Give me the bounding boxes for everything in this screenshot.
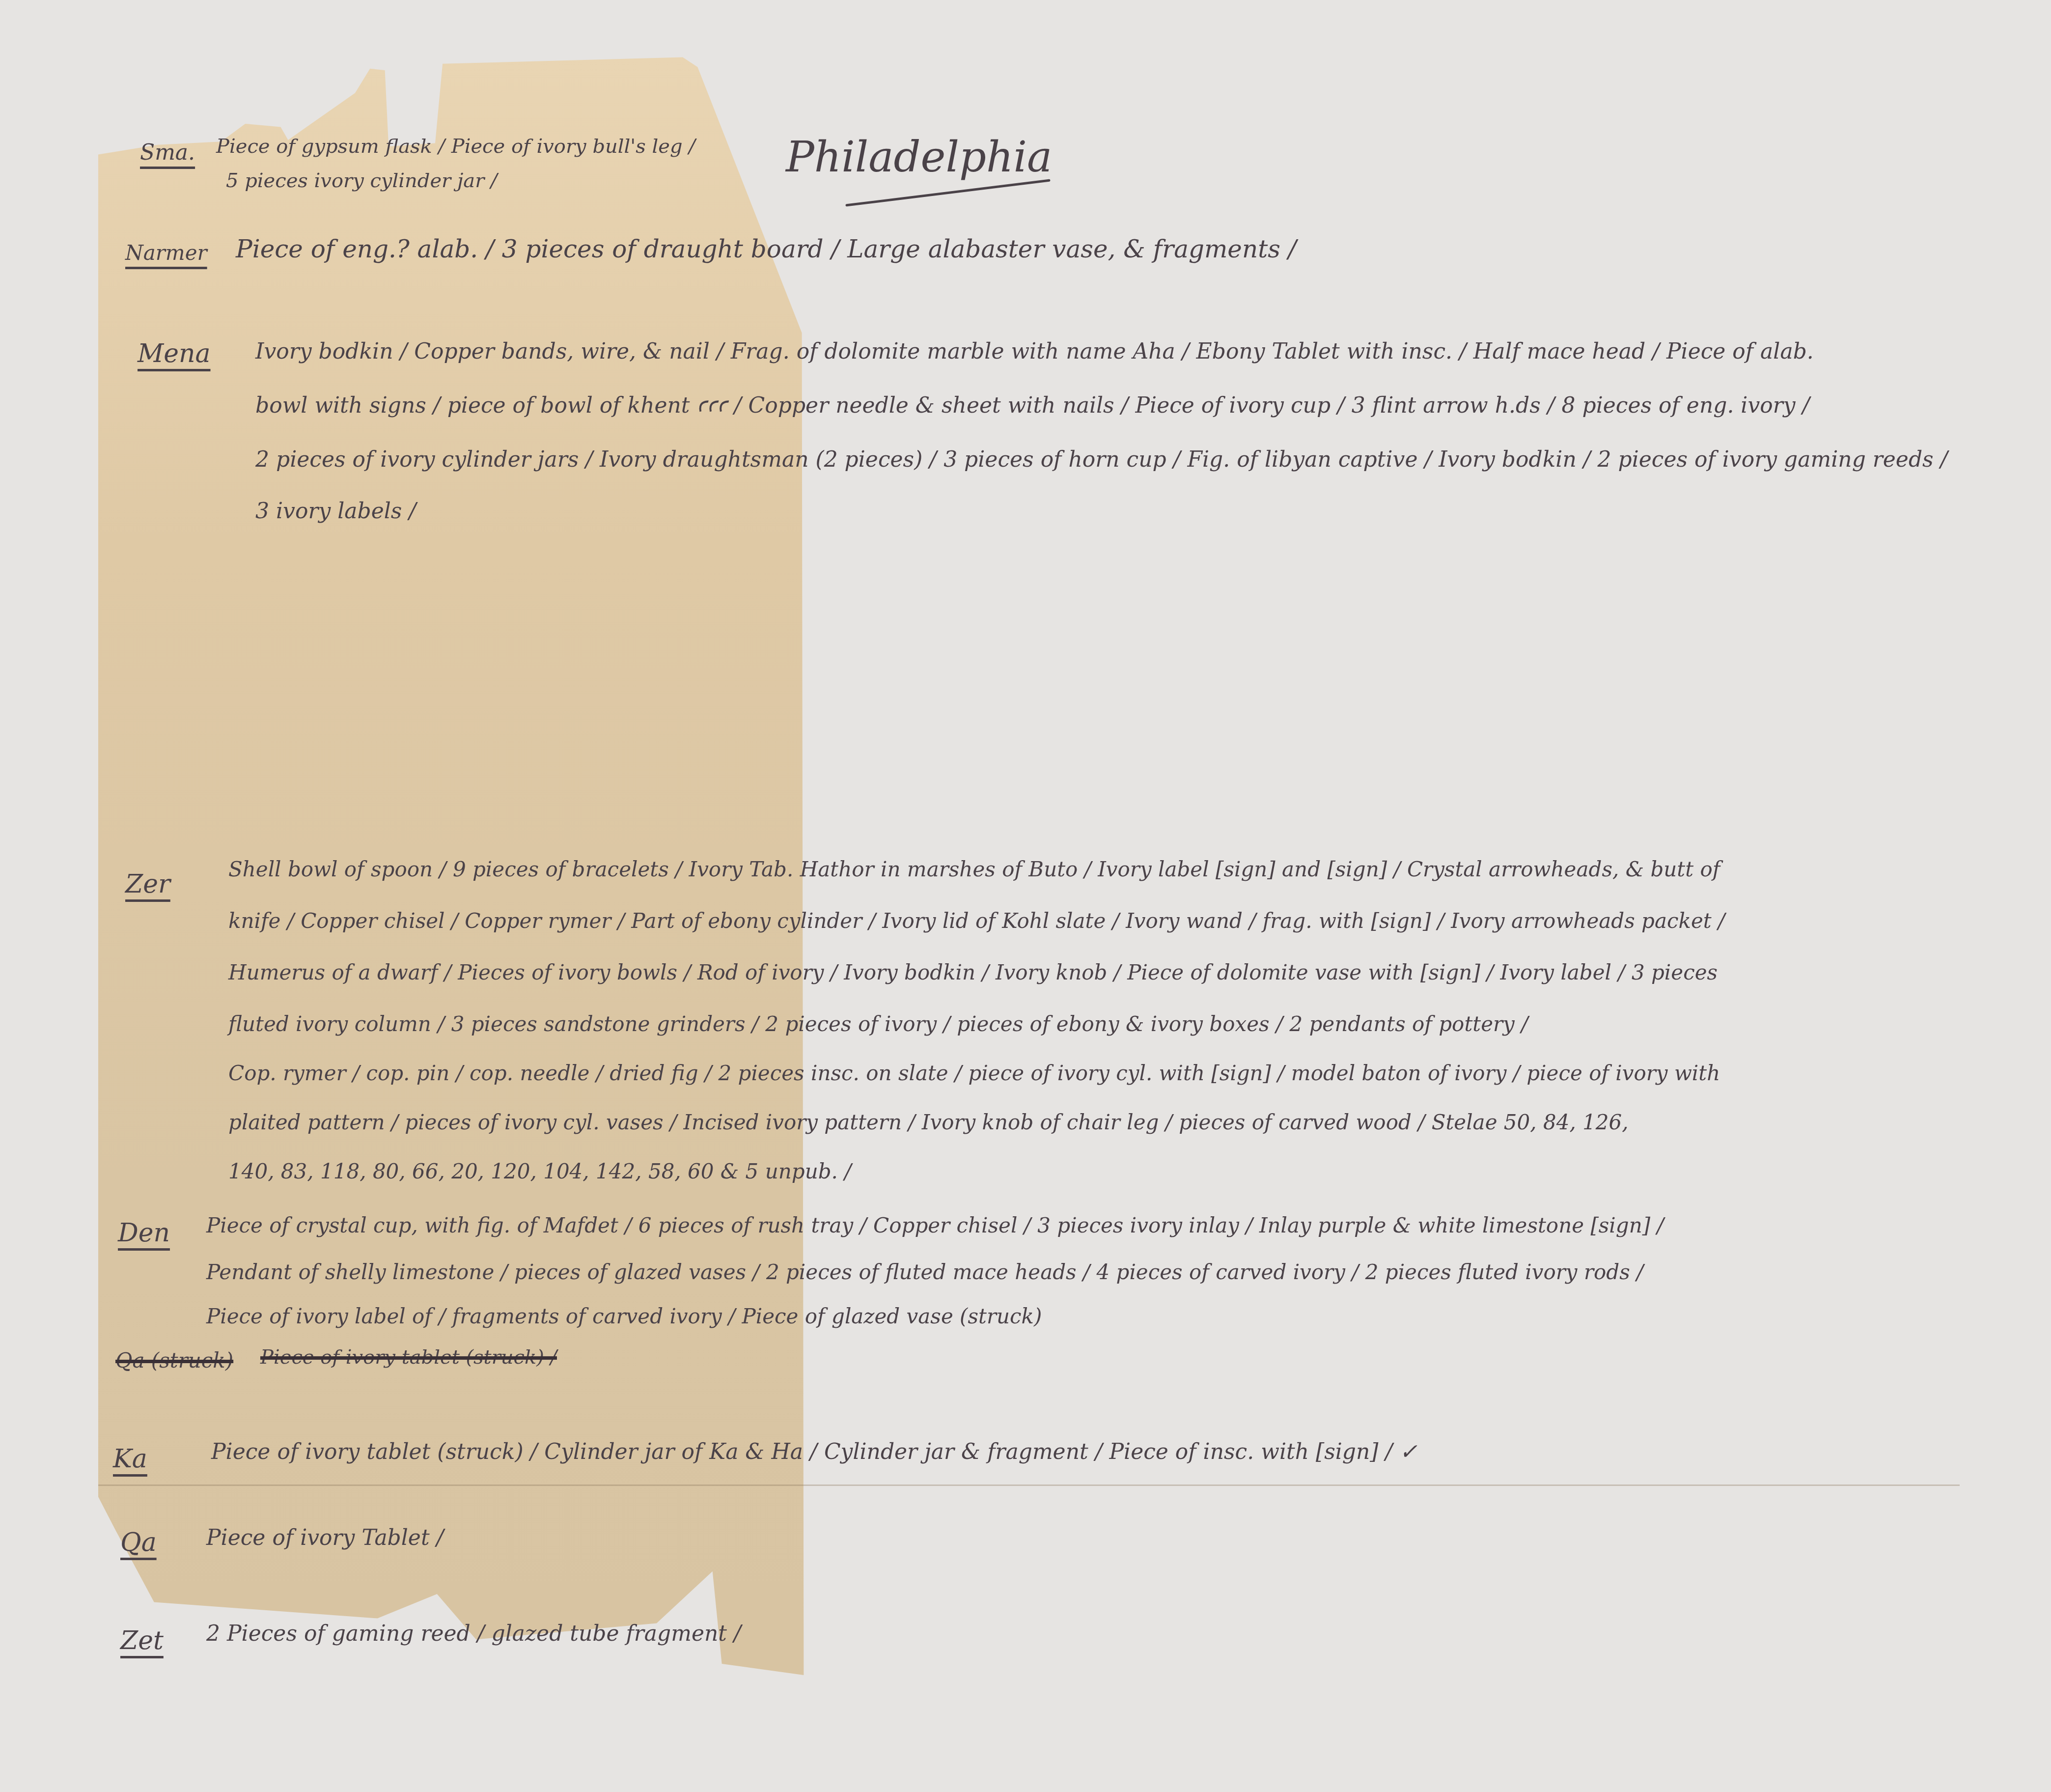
entry-line: Piece of eng.? alab. / 3 pieces of draug… [236, 235, 1297, 263]
entry-line: 3 ivory labels / [255, 499, 416, 524]
entry-line: 5 pieces ivory cylinder jar / [226, 169, 497, 192]
king-label-ka: Ka [113, 1444, 147, 1474]
king-label-narmer: Narmer [125, 241, 207, 265]
entry-line: Piece of gypsum flask / Piece of ivory b… [216, 135, 695, 158]
title-underline [845, 179, 1050, 206]
entry-line: Piece of ivory Tablet / [206, 1525, 443, 1550]
king-label-qa: Qa [120, 1528, 157, 1557]
entry-line: fluted ivory column / 3 pieces sandstone… [228, 1012, 1528, 1036]
king-label-den: Den [118, 1218, 170, 1248]
entry-line: 2 pieces of ivory cylinder jars / Ivory … [255, 447, 1947, 472]
king-label-zer: Zer [125, 869, 170, 899]
document-title: Philadelphia [786, 133, 1052, 182]
entry-line: bowl with signs / piece of bowl of khent… [255, 393, 1809, 418]
entry-line-struck: Piece of ivory tablet (struck) / [260, 1346, 557, 1369]
entry-line: knife / Copper chisel / Copper rymer / P… [228, 909, 1725, 933]
king-label-qa-struck: Qa (struck) [115, 1348, 233, 1372]
king-label-zet: Zet [120, 1626, 164, 1655]
entry-line: plaited pattern / pieces of ivory cyl. v… [228, 1110, 1629, 1134]
paper-fold-line [98, 1484, 1960, 1486]
entry-line: Cop. rymer / cop. pin / cop. needle / dr… [228, 1061, 1720, 1085]
entry-line: Humerus of a dwarf / Pieces of ivory bow… [228, 960, 1718, 984]
king-label-mena: Mena [138, 339, 211, 368]
entry-line: 140, 83, 118, 80, 66, 20, 120, 104, 142,… [228, 1159, 851, 1183]
entry-line: Ivory bodkin / Copper bands, wire, & nai… [255, 339, 1814, 364]
entry-line: Pendant of shelly limestone / pieces of … [206, 1260, 1643, 1284]
entry-line: 2 Pieces of gaming reed / glazed tube fr… [206, 1621, 741, 1646]
king-label-sma: Sma. [140, 140, 195, 165]
entry-line: Piece of ivory tablet (struck) / Cylinde… [211, 1439, 1417, 1464]
entry-line: Shell bowl of spoon / 9 pieces of bracel… [228, 857, 1720, 881]
entry-line: Piece of crystal cup, with fig. of Mafde… [206, 1213, 1664, 1237]
entry-line: Piece of ivory label of / fragments of c… [206, 1304, 1042, 1328]
